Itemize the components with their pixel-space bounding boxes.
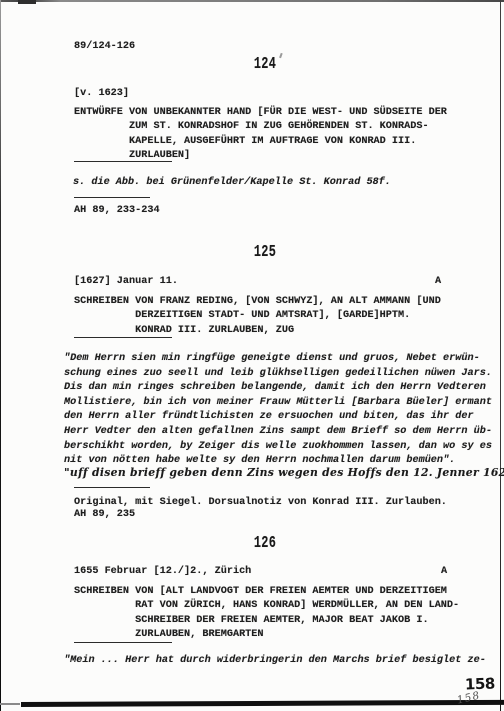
entry-number-124-text: 124 (254, 56, 276, 73)
section-rule (74, 161, 172, 162)
section-rule (74, 487, 150, 488)
entry-title-124: ENTWÜRFE VON UNBEKANNTER HAND [FÜR DIE W… (74, 106, 447, 164)
section-rule (74, 642, 172, 643)
entry-number-126: 126 (74, 535, 456, 552)
section-rule (74, 197, 150, 198)
provenance-note-125: Original, mit Siegel. Dorsualnotiz von K… (74, 497, 447, 509)
scan-edge-left (0, 0, 1, 711)
scan-edge-top-blob (18, 0, 36, 4)
entry-number-126-text: 126 (254, 535, 276, 552)
folio-stamp: 158 (465, 676, 495, 692)
entry-date-124: [v. 1623] (74, 87, 129, 101)
archive-signature: 89/124-126 (74, 40, 135, 54)
scan-edge-top (0, 0, 504, 2)
entry-date-125: [1627] Januar 11. (74, 275, 178, 289)
document-type-marker-125: A (435, 275, 441, 289)
entry-number-125: 125 (74, 244, 456, 261)
dorsual-note-125: "uff disen brieff geben denn Zins wegen … (64, 466, 504, 479)
scan-edge-right (500, 0, 501, 711)
scanned-register-page: 89/124-126 124 [v. 1623] ENTWÜRFE VON UN… (0, 0, 504, 711)
entry-number-124: 124 (74, 56, 456, 73)
document-type-marker-126: A (441, 565, 447, 579)
source-reference-125: AH 89, 235 (74, 509, 135, 521)
entry-title-126: SCHREIBEN VON [ALT LANDVOGT DER FREIEN A… (74, 585, 459, 643)
section-rule (74, 337, 172, 338)
entry-title-125: SCHREIBEN VON FRANZ REDING, [VON SCHWYZ]… (74, 295, 441, 338)
entry-quote-125: "Dem Herrn sien min ringfüge geneigte di… (64, 352, 492, 469)
see-also-note-124: s. die Abb. bei Grünenfelder/Kapelle St.… (73, 176, 391, 190)
entry-number-125-text: 125 (254, 244, 276, 261)
entry-date-126: 1655 Februar [12./]2., Zürich (74, 565, 251, 579)
entry-quote-126: "Mein ... Herr hat durch widerbringerin … (64, 654, 486, 669)
scan-edge-bottom-dash (0, 703, 20, 705)
source-reference-124: AH 89, 233-234 (74, 204, 160, 218)
scan-edge-bottom (21, 699, 504, 706)
